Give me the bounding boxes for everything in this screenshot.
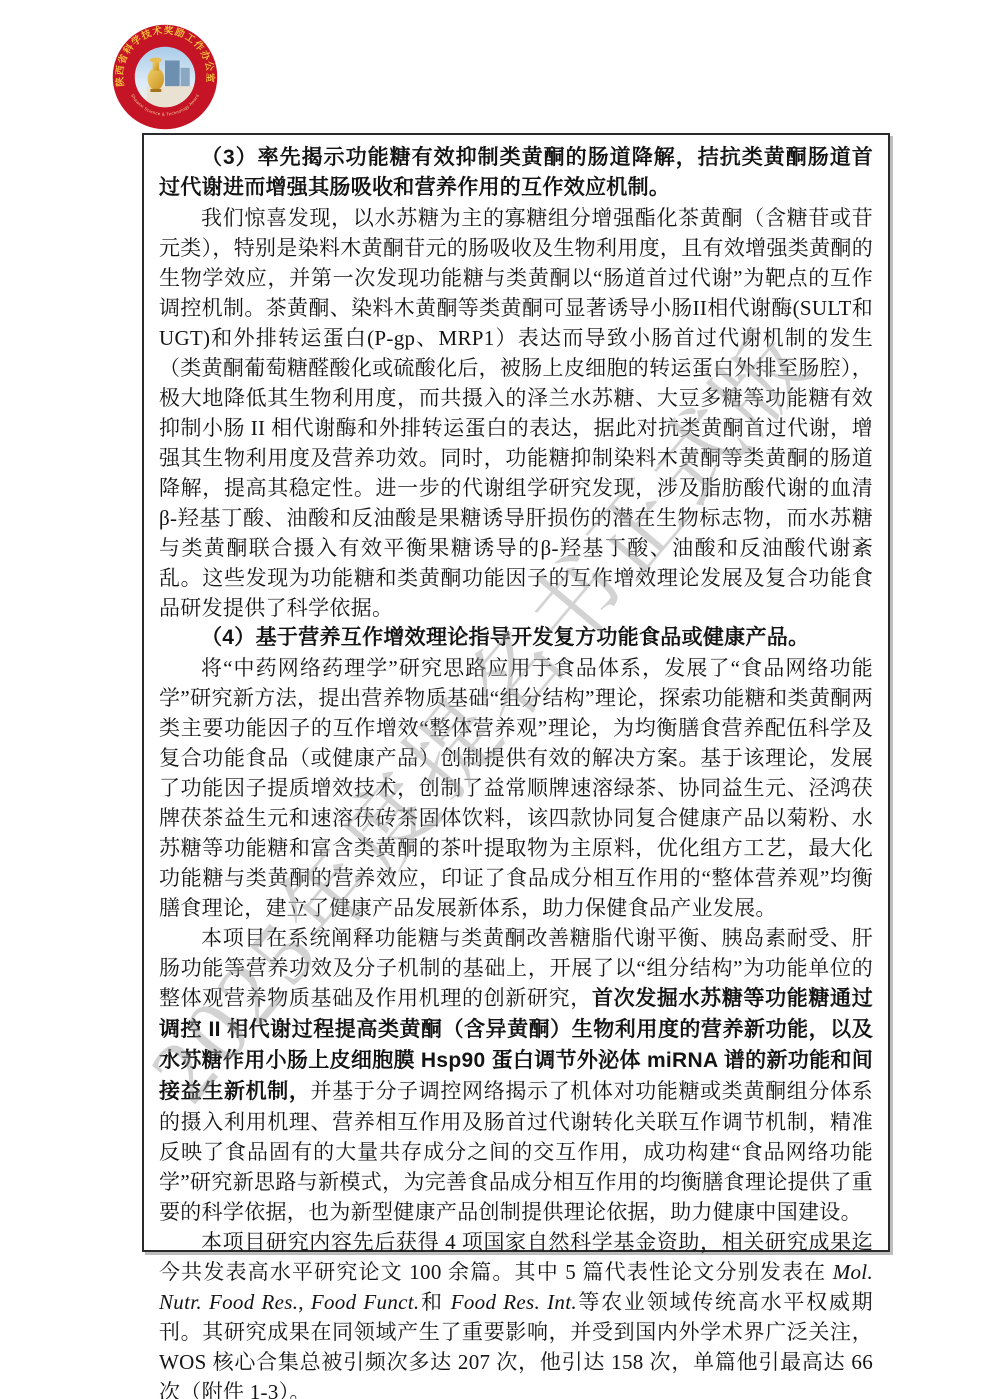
text-run: Food Res. Int. — [451, 1290, 577, 1314]
award-office-seal-logo: 陕西省科学技术奖励工作办公室 Shaanxi Science & Technol… — [110, 22, 220, 132]
document-page: 陕西省科学技术奖励工作办公室 Shaanxi Science & Technol… — [0, 0, 990, 1399]
text-run: 和 — [419, 1290, 450, 1314]
body-paragraph: 将“中药网络药理学”研究思路应用于食品体系，发展了“食品网络功能学”研究新方法，… — [159, 653, 873, 923]
text-run: , — [298, 1290, 311, 1314]
text-run: 本项目研究内容先后获得 4 项国家自然科学基金资助，相关研究成果迄今共发表高水平… — [159, 1230, 873, 1284]
body-paragraph: 我们惊喜发现，以水苏糖为主的寡糖组分增强酯化茶黄酮（含糖苷或苷元类），特别是染料… — [159, 203, 873, 623]
text-run: 将“中药网络药理学”研究思路应用于食品体系，发展了“食品网络功能学”研究新方法，… — [159, 656, 873, 920]
body-paragraph: 本项目在系统阐释功能糖与类黄酮改善糖脂代谢平衡、胰岛素耐受、肝肠功能等营养功效及… — [159, 923, 873, 1227]
section-heading: （4）基于营养互作增效理论指导开发复方功能食品或健康产品。 — [159, 623, 873, 653]
text-run: 我们惊喜发现，以水苏糖为主的寡糖组分增强酯化茶黄酮（含糖苷或苷元类），特别是染料… — [159, 206, 873, 620]
text-run: Food Funct. — [311, 1290, 420, 1314]
body-paragraph: 本项目研究内容先后获得 4 项国家自然科学基金资助，相关研究成果迄今共发表高水平… — [159, 1227, 873, 1399]
text-run: （3）率先揭示功能糖有效抑制类黄酮的肠道降解，拮抗类黄酮肠道首过代谢进而增强其肠… — [159, 146, 873, 199]
section-heading: （3）率先揭示功能糖有效抑制类黄酮的肠道降解，拮抗类黄酮肠道首过代谢进而增强其肠… — [159, 143, 873, 203]
document-content: （3）率先揭示功能糖有效抑制类黄酮的肠道降解，拮抗类黄酮肠道首过代谢进而增强其肠… — [142, 133, 890, 1252]
text-run: （4）基于营养互作增效理论指导开发复方功能食品或健康产品。 — [201, 626, 809, 649]
